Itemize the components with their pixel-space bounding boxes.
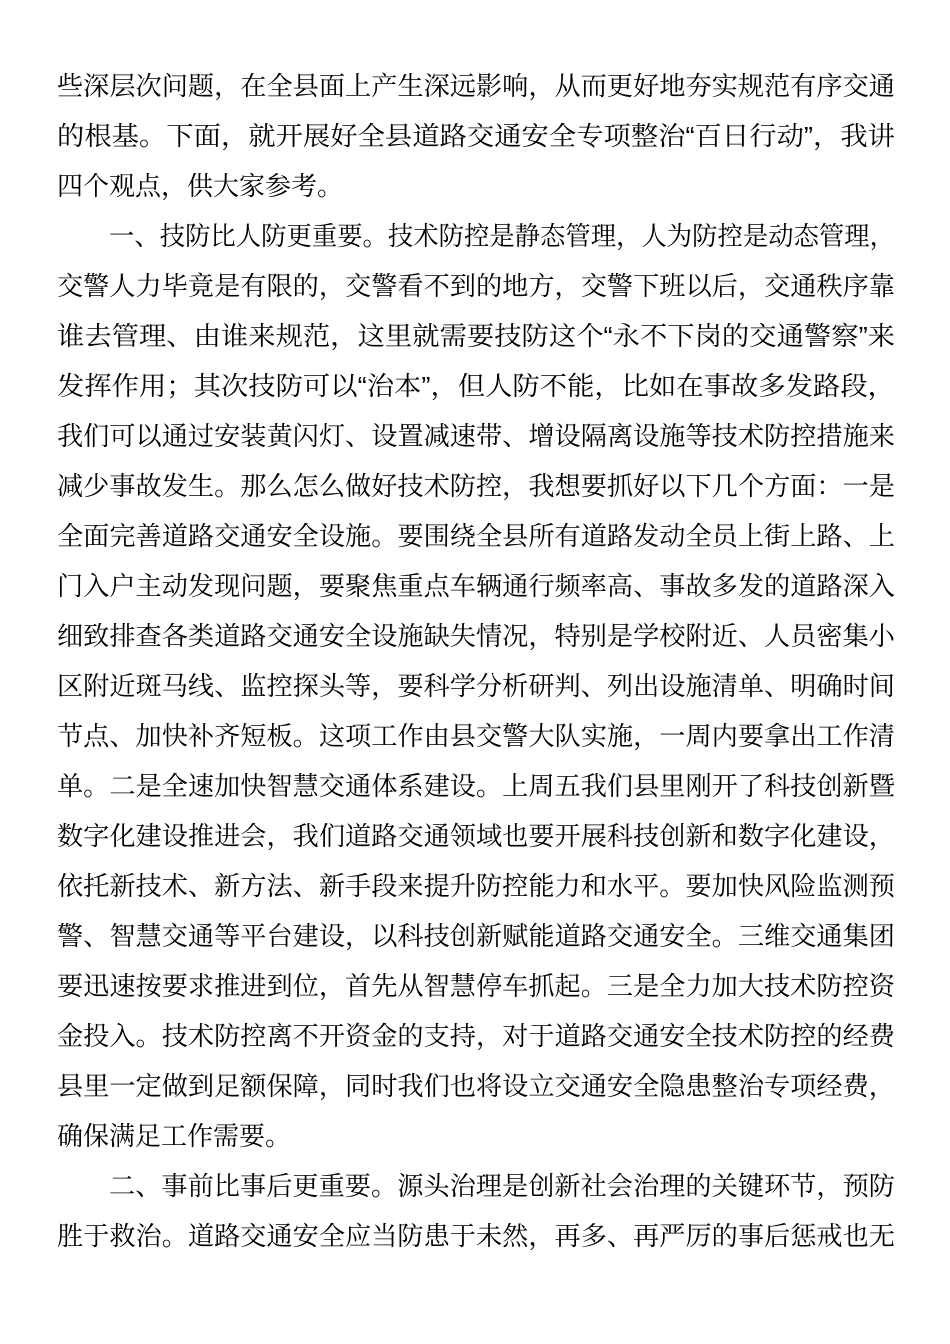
text-line-content: 四个观点，供大家参考。 — [57, 161, 343, 211]
text-line: 谁去管理、由谁来规范，这里就需要技防这个“永不下岗的交通警察”来 — [57, 311, 895, 361]
text-line: 金投入。技术防控离不开资金的支持，对于道路交通安全技术防控的经费 — [57, 1011, 895, 1061]
text-line: 确保满足工作需要。 — [57, 1111, 895, 1161]
text-line-content: 警、智慧交通等平台建设，以科技创新赋能道路交通安全。三维交通集团 — [57, 911, 895, 961]
text-line-content: 门入户主动发现问题，要聚焦重点车辆通行频率高、事故多发的道路深入 — [57, 561, 895, 611]
text-line: 门入户主动发现问题，要聚焦重点车辆通行频率高、事故多发的道路深入 — [57, 561, 895, 611]
text-line-content: 减少事故发生。那么怎么做好技术防控，我想要抓好以下几个方面：一是 — [57, 461, 895, 511]
text-line-content: 细致排查各类道路交通安全设施缺失情况，特别是学校附近、人员密集小 — [57, 611, 895, 661]
text-line: 全面完善道路交通安全设施。要围绕全县所有道路发动全员上街上路、上 — [57, 511, 895, 561]
text-line-content: 依托新技术、新方法、新手段来提升防控能力和水平。要加快风险监测预 — [57, 861, 895, 911]
text-line: 一、技防比人防更重要。技术防控是静态管理，人为防控是动态管理， — [57, 211, 895, 261]
text-line-content: 确保满足工作需要。 — [57, 1111, 291, 1161]
text-line-content: 数字化建设推进会，我们道路交通领域也要开展科技创新和数字化建设， — [57, 811, 895, 861]
text-line: 二、事前比事后更重要。源头治理是创新社会治理的关键环节，预防 — [57, 1161, 895, 1211]
text-line-content: 胜于救治。道路交通安全应当防患于未然，再多、再严厉的事后惩戒也无 — [57, 1211, 895, 1261]
text-line-content: 区附近斑马线、监控探头等，要科学分析研判、列出设施清单、明确时间 — [57, 661, 895, 711]
text-line-content: 要迅速按要求推进到位，首先从智慧停车抓起。三是全力加大技术防控资 — [57, 961, 895, 1011]
text-line: 区附近斑马线、监控探头等，要科学分析研判、列出设施清单、明确时间 — [57, 661, 895, 711]
text-line-content: 县里一定做到足额保障，同时我们也将设立交通安全隐患整治专项经费， — [57, 1061, 895, 1111]
text-line: 减少事故发生。那么怎么做好技术防控，我想要抓好以下几个方面：一是 — [57, 461, 895, 511]
text-line: 县里一定做到足额保障，同时我们也将设立交通安全隐患整治专项经费， — [57, 1061, 895, 1111]
text-line: 交警人力毕竟是有限的，交警看不到的地方，交警下班以后，交通秩序靠 — [57, 261, 895, 311]
text-line-content: 交警人力毕竟是有限的，交警看不到的地方，交警下班以后，交通秩序靠 — [57, 261, 895, 311]
document-page: 些深层次问题，在全县面上产生深远影响，从而更好地夯实规范有序交通 的根基。下面，… — [0, 0, 950, 1344]
text-line: 警、智慧交通等平台建设，以科技创新赋能道路交通安全。三维交通集团 — [57, 911, 895, 961]
text-line-content: 谁去管理、由谁来规范，这里就需要技防这个“永不下岗的交通警察”来 — [57, 311, 895, 361]
text-line-content: 发挥作用；其次技防可以“治本”，但人防不能，比如在事故多发路段， — [57, 361, 895, 411]
text-line: 数字化建设推进会，我们道路交通领域也要开展科技创新和数字化建设， — [57, 811, 895, 861]
text-line: 我们可以通过安装黄闪灯、设置减速带、增设隔离设施等技术防控措施来 — [57, 411, 895, 461]
text-line-content: 单。二是全速加快智慧交通体系建设。上周五我们县里刚开了科技创新暨 — [57, 761, 895, 811]
text-line: 胜于救治。道路交通安全应当防患于未然，再多、再严厉的事后惩戒也无 — [57, 1211, 895, 1261]
text-line-content: 二、事前比事后更重要。源头治理是创新社会治理的关键环节，预防 — [109, 1161, 895, 1211]
text-line: 细致排查各类道路交通安全设施缺失情况，特别是学校附近、人员密集小 — [57, 611, 895, 661]
text-line-content: 些深层次问题，在全县面上产生深远影响，从而更好地夯实规范有序交通 — [57, 61, 895, 111]
text-line: 些深层次问题，在全县面上产生深远影响，从而更好地夯实规范有序交通 — [57, 61, 895, 111]
text-line-content: 一、技防比人防更重要。技术防控是静态管理，人为防控是动态管理， — [109, 211, 895, 261]
text-line-content: 全面完善道路交通安全设施。要围绕全县所有道路发动全员上街上路、上 — [57, 511, 895, 561]
text-line: 节点、加快补齐短板。这项工作由县交警大队实施，一周内要拿出工作清 — [57, 711, 895, 761]
text-line: 依托新技术、新方法、新手段来提升防控能力和水平。要加快风险监测预 — [57, 861, 895, 911]
text-line: 四个观点，供大家参考。 — [57, 161, 895, 211]
text-line-content: 的根基。下面，就开展好全县道路交通安全专项整治“百日行动”，我讲 — [57, 111, 895, 161]
text-line: 发挥作用；其次技防可以“治本”，但人防不能，比如在事故多发路段， — [57, 361, 895, 411]
document-body: 些深层次问题，在全县面上产生深远影响，从而更好地夯实规范有序交通 的根基。下面，… — [57, 61, 895, 1261]
text-line-content: 我们可以通过安装黄闪灯、设置减速带、增设隔离设施等技术防控措施来 — [57, 411, 895, 461]
text-line-content: 节点、加快补齐短板。这项工作由县交警大队实施，一周内要拿出工作清 — [57, 711, 895, 761]
text-line-content: 金投入。技术防控离不开资金的支持，对于道路交通安全技术防控的经费 — [57, 1011, 895, 1061]
text-line: 单。二是全速加快智慧交通体系建设。上周五我们县里刚开了科技创新暨 — [57, 761, 895, 811]
text-line: 要迅速按要求推进到位，首先从智慧停车抓起。三是全力加大技术防控资 — [57, 961, 895, 1011]
text-line: 的根基。下面，就开展好全县道路交通安全专项整治“百日行动”，我讲 — [57, 111, 895, 161]
